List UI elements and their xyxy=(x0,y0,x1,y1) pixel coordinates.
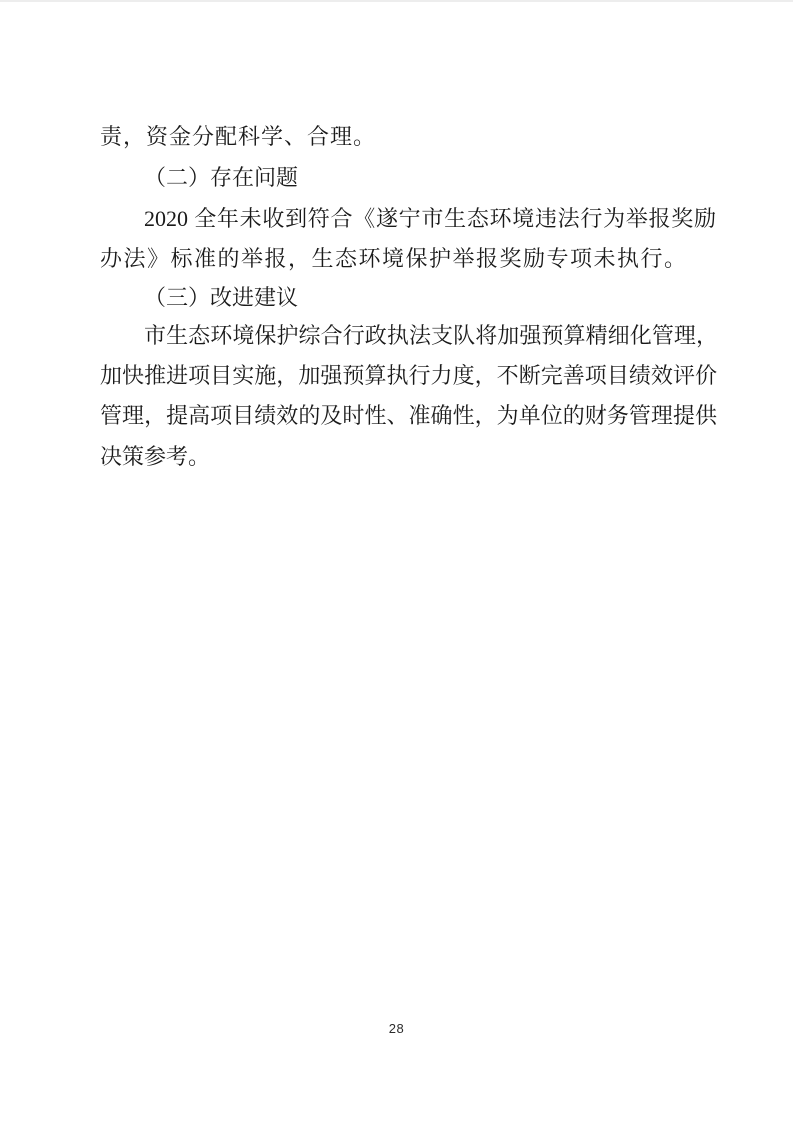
paragraph-line: 市生态环境保护综合行政执法支队将加强预算精细化管理， xyxy=(144,323,718,349)
section-heading-existing-problems: （二）存在问题 xyxy=(144,165,298,191)
paragraph-line: 办法》标准的举报，生态环境保护举报奖励专项未执行。 xyxy=(100,246,688,272)
paragraph-line: 管理，提高项目绩效的及时性、准确性，为单位的财务管理提供 xyxy=(100,403,717,429)
paragraph-line-continuation: 责，资金分配科学、合理。 xyxy=(100,124,376,150)
document-page: 责，资金分配科学、合理。 （二）存在问题 2020 全年未收到符合《遂宁市生态环… xyxy=(0,0,793,1122)
section-heading-improvement-suggestions: （三）改进建议 xyxy=(144,285,298,311)
paragraph-line: 2020 全年未收到符合《遂宁市生态环境违法行为举报奖励 xyxy=(144,206,716,232)
paragraph-line: 决策参考。 xyxy=(100,444,210,470)
page-number: 28 xyxy=(0,1021,793,1036)
page-top-edge-line xyxy=(0,0,793,2)
paragraph-line: 加快推进项目实施，加强预算执行力度，不断完善项目绩效评价 xyxy=(100,363,717,389)
